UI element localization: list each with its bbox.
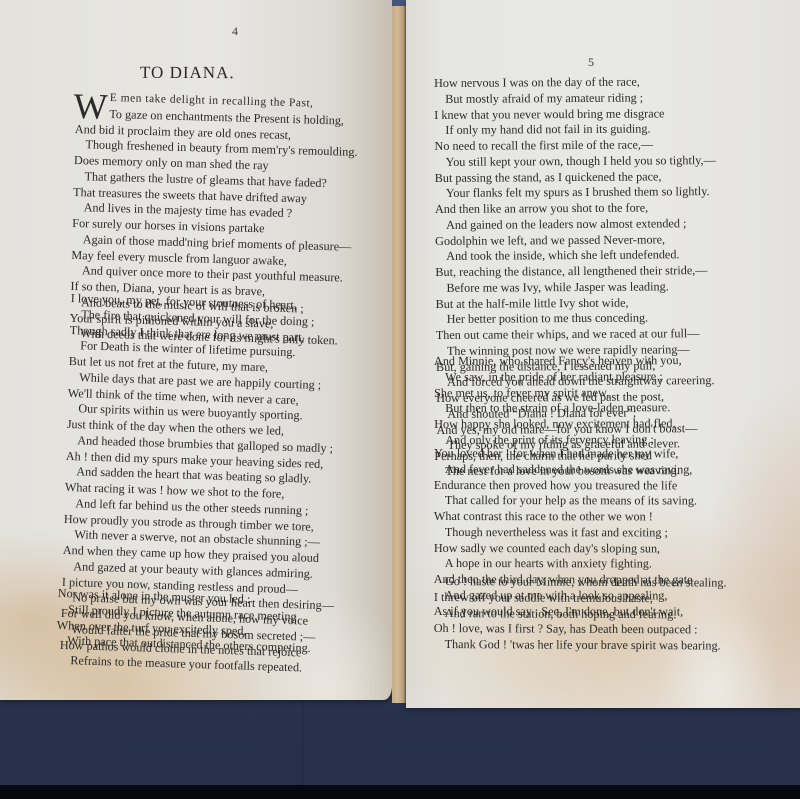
poem-line: Go ! haste to your Minnie, whom death ha… <box>434 574 727 591</box>
poem-line: I threw off your saddle with tremulous h… <box>434 590 727 607</box>
poem-line: You loved her ! for when I had made her … <box>434 446 697 462</box>
poem-line: We saw, in the pride of her radiant plea… <box>434 369 682 386</box>
poem-line: Endurance then proved how you treasured … <box>434 477 697 493</box>
left-page: 4 TO DIANA. W E men take delight in reca… <box>0 0 392 700</box>
poem-line: And ran to the station, both hoping and … <box>434 605 727 622</box>
poem-line: Oh ! love, was I first ? Say, has Death … <box>434 621 727 638</box>
poem-line: What contrast this race to the other we … <box>434 509 697 525</box>
poem-line: She met us, to fever my spirit anew, <box>434 385 682 402</box>
poem-line: A hope in our hearts with anxiety fighti… <box>434 556 697 572</box>
book-spine <box>392 0 406 703</box>
poem-line: Thank God ! 'twas her life your brave sp… <box>434 637 727 654</box>
poem-line: But, reaching the distance, all lengthen… <box>435 263 716 281</box>
dark-surface <box>0 785 800 799</box>
poem-line: You still kept your own, though I held y… <box>435 153 716 171</box>
poem-line: Though nevertheless was it fast and exci… <box>434 525 697 541</box>
page-number: 4 <box>232 24 238 39</box>
poem-line: And fever had saddened the words she was… <box>434 462 697 478</box>
drop-cap: W <box>73 92 108 121</box>
poem-line: How happy she looked, now excitement had… <box>434 416 682 433</box>
poem-line: Your flanks felt my spurs as I brushed t… <box>435 184 716 202</box>
poem-line: Then out came their whips, and we raced … <box>436 326 717 344</box>
poem-title: TO DIANA. <box>140 63 235 83</box>
stanza: Go ! haste to your Minnie, whom death ha… <box>434 574 727 654</box>
poem-line: How sadly we counted each day's sloping … <box>434 540 697 556</box>
poem-line: And Minnie, who shared Fancy's heaven wi… <box>434 353 682 370</box>
page-number: 5 <box>588 55 594 70</box>
poem-line: But then to the strain of a love-laden m… <box>434 400 682 417</box>
cloth-seam <box>302 700 303 785</box>
stanza: Nor was it alone in the muster you led :… <box>56 586 312 657</box>
right-page: 5 How nervous I was on the day of the ra… <box>406 0 800 708</box>
poem-line: That called for your help as the means o… <box>434 493 697 509</box>
poem-line: And gained on the leaders now almost ext… <box>435 216 716 234</box>
